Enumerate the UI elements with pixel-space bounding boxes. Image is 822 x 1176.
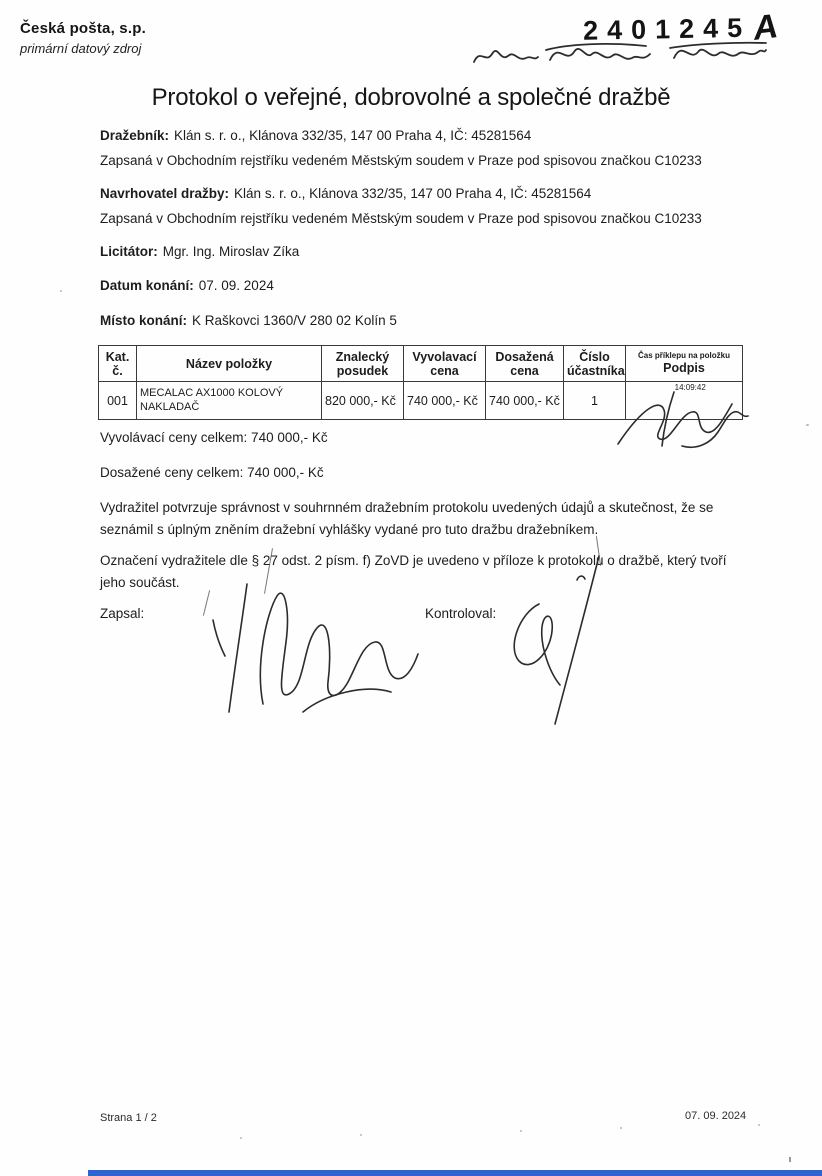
- col-header-znalecky-l2: posudek: [337, 364, 388, 378]
- cell-vyvolavaci: 740 000,- Kč: [404, 382, 486, 420]
- col-header-vyvolavaci-l1: Vyvolavací: [412, 350, 476, 364]
- scan-speck: [789, 1157, 791, 1162]
- page-title: Protokol o veřejné, dobrovolné a společn…: [0, 84, 822, 112]
- cell-nazev: MECALAC AX1000 KOLOVÝ NAKLADAČ: [137, 382, 322, 420]
- field-datum-label: Datum konání:: [100, 278, 194, 293]
- field-drazebnik-value: Klán s. r. o., Klánova 332/35, 147 00 Pr…: [174, 128, 531, 143]
- page-number: Strana 1 / 2: [100, 1112, 157, 1124]
- org-name: Česká pošta, s.p.: [20, 20, 146, 37]
- field-navrhovatel-value: Klán s. r. o., Klánova 332/35, 147 00 Pr…: [234, 186, 591, 201]
- col-header-cas: Čas příklepu na položku: [629, 352, 739, 361]
- lots-table: Kat. č. Název položky Znalecký posudek V…: [98, 345, 743, 420]
- scanner-edge-bar: [88, 1170, 822, 1176]
- scan-speck: [60, 290, 62, 292]
- col-header-znalecky: Znalecký posudek: [322, 346, 404, 382]
- col-header-dosazena: Dosažená cena: [486, 346, 564, 382]
- handwritten-note: [468, 36, 768, 72]
- footer-date: 07. 09. 2024: [685, 1110, 746, 1122]
- cell-dosazena: 740 000,- Kč: [486, 382, 564, 420]
- scan-speck: [806, 424, 809, 426]
- table-row: 001 MECALAC AX1000 KOLOVÝ NAKLADAČ 820 0…: [99, 382, 743, 420]
- total-dosazene: Dosažené ceny celkem: 740 000,- Kč: [100, 465, 324, 480]
- col-header-dosazena-l2: cena: [510, 364, 539, 378]
- field-licitator-value: Mgr. Ing. Miroslav Zíka: [163, 244, 300, 259]
- field-drazebnik-label: Dražebník:: [100, 128, 169, 143]
- col-header-vyvolavaci: Vyvolavací cena: [404, 346, 486, 382]
- total-vyvolavaci: Vyvolávací ceny celkem: 740 000,- Kč: [100, 430, 328, 445]
- scan-speck: [360, 1134, 362, 1136]
- bidder-signature: [612, 386, 752, 452]
- field-misto: Místo konání:K Raškovci 1360/V 280 02 Ko…: [100, 313, 397, 328]
- scanned-auction-protocol-page: Česká pošta, s.p. primární datový zdroj …: [0, 0, 822, 1176]
- org-subtitle: primární datový zdroj: [20, 41, 146, 56]
- col-header-podpis-label: Podpis: [663, 361, 705, 375]
- field-licitator: Licitátor:Mgr. Ing. Miroslav Zíka: [100, 244, 299, 259]
- col-header-cislo-l1: Číslo: [579, 350, 610, 364]
- zapsal-label: Zapsal:: [100, 606, 144, 621]
- cell-nazev-l2: NAKLADAČ: [140, 401, 199, 413]
- scan-speck: [758, 1124, 760, 1126]
- col-header-nazev: Název položky: [137, 346, 322, 382]
- paragraph-confirmation: Vydražitel potvrzuje správnost v souhrnn…: [100, 497, 755, 541]
- scan-speck: [520, 1130, 522, 1132]
- field-misto-value: K Raškovci 1360/V 280 02 Kolín 5: [192, 313, 397, 328]
- cell-kat: 001: [99, 382, 137, 420]
- col-header-znalecky-l1: Znalecký: [336, 350, 390, 364]
- cell-nazev-l1: MECALAC AX1000 KOLOVÝ: [140, 387, 283, 399]
- field-drazebnik: Dražebník:Klán s. r. o., Klánova 332/35,…: [100, 128, 531, 143]
- col-header-podpis: Čas příklepu na položku Podpis: [626, 346, 743, 382]
- col-header-kat: Kat. č.: [99, 346, 137, 382]
- cell-znalecky: 820 000,- Kč: [322, 382, 404, 420]
- zapsal-signature: [185, 582, 425, 722]
- cell-podpis: 14:09:42: [626, 382, 743, 420]
- col-header-dosazena-l1: Dosažená: [495, 350, 553, 364]
- field-licitator-label: Licitátor:: [100, 244, 158, 259]
- table-header-row: Kat. č. Název položky Znalecký posudek V…: [99, 346, 743, 382]
- field-navrhovatel: Navrhovatel dražby:Klán s. r. o., Klánov…: [100, 186, 591, 201]
- col-header-vyvolavaci-l2: cena: [430, 364, 459, 378]
- kontroloval-signature: [497, 552, 617, 727]
- col-header-cislo-l2: účastníka: [567, 364, 625, 378]
- field-misto-label: Místo konání:: [100, 313, 187, 328]
- col-header-cislo: Číslo účastníka: [564, 346, 626, 382]
- kontroloval-label: Kontroloval:: [425, 606, 496, 621]
- registry-note-2: Zapsaná v Obchodním rejstříku vedeném Mě…: [100, 211, 702, 226]
- org-block: Česká pošta, s.p. primární datový zdroj: [20, 20, 146, 56]
- registry-note-1: Zapsaná v Obchodním rejstříku vedeném Mě…: [100, 153, 702, 168]
- field-datum-value: 07. 09. 2024: [199, 278, 274, 293]
- scan-speck: [620, 1127, 622, 1129]
- scan-speck: [240, 1137, 242, 1139]
- field-navrhovatel-label: Navrhovatel dražby:: [100, 186, 229, 201]
- field-datum: Datum konání:07. 09. 2024: [100, 278, 274, 293]
